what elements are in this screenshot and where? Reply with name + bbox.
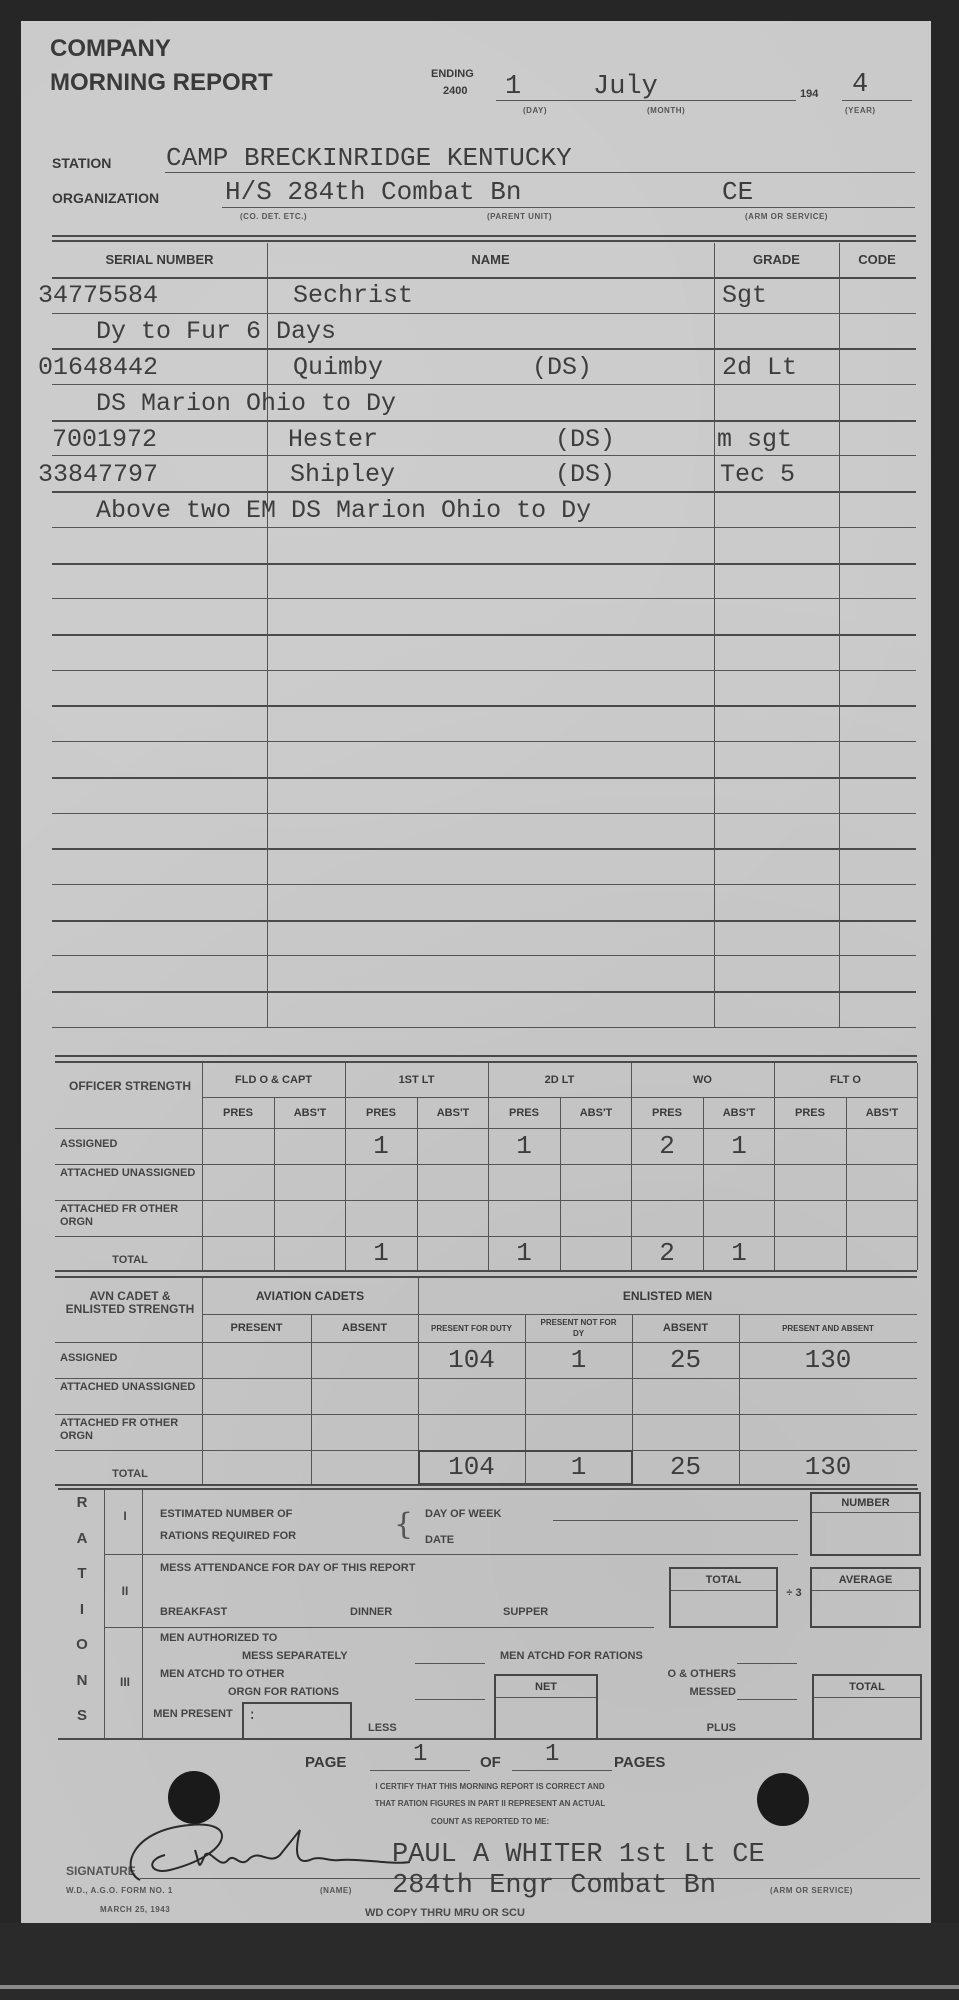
enlisted-sub-header: ABSENT [311,1314,418,1342]
remark-text: Above two EM DS Marion Ohio to Dy [96,496,591,525]
officer-count-cell[interactable] [846,1128,918,1164]
ending-label: ENDING [431,68,474,80]
enlisted-count-cell[interactable] [202,1378,311,1414]
officer-group-header: FLD O & CAPT [202,1063,345,1097]
signer-unit: 284th Engr Combat Bn [392,1871,716,1901]
signer-name: PAUL A WHITER 1st Lt CE [392,1840,765,1870]
enlisted-count-cell[interactable] [311,1342,418,1378]
enlisted-count-cell[interactable]: 104 [418,1342,525,1378]
officer-count-cell[interactable]: 1 [488,1128,560,1164]
serial-number: 33847797 [38,460,158,489]
serial-number: 7001972 [52,425,157,454]
officer-count-cell[interactable] [274,1164,346,1200]
average-label: AVERAGE [810,1569,921,1590]
officer-count-cell[interactable]: 2 [631,1128,703,1164]
day-caption: (DAY) [523,106,547,115]
officer-count-cell[interactable] [345,1164,417,1200]
enlisted-count-cell[interactable] [418,1378,525,1414]
rations-letter: S [60,1709,104,1722]
enlisted-count-cell[interactable] [632,1414,739,1450]
enlisted-count-cell[interactable] [739,1378,917,1414]
men-authorized-label: MEN AUTHORIZED TO [160,1632,277,1645]
rations-letter: N [60,1674,104,1687]
enlisted-count-cell[interactable] [202,1450,311,1484]
officer-row-label: ASSIGNED [60,1138,200,1151]
duty-status: (DS) [555,460,615,489]
men-atchd-other-label: MEN ATCHD TO OTHER [160,1668,284,1681]
enlisted-count-cell[interactable] [311,1378,418,1414]
mess-separately-label: MESS SEPARATELY [242,1650,348,1663]
officer-group-header: WO [631,1063,774,1097]
men-atchd-for-rations-label: MEN ATCHD FOR RATIONS [500,1650,643,1663]
month-caption: (MONTH) [647,106,685,115]
soldier-name: Shipley [290,460,395,489]
net-label: NET [494,1676,598,1697]
officer-count-cell[interactable] [274,1200,346,1236]
divide-by-three: ÷ 3 [780,1578,808,1608]
officer-count-cell[interactable] [631,1164,703,1200]
year-prefix: 194 [800,88,818,100]
aviation-cadets-header: AVIATION CADETS [202,1278,418,1314]
officer-count-cell[interactable] [202,1164,274,1200]
enlisted-count-cell[interactable] [202,1414,311,1450]
soldier-grade: Tec 5 [720,460,795,489]
soldier-grade: m sgt [717,425,792,454]
org-caption-company: (CO. DET. ETC.) [240,212,307,221]
enlisted-row-label: ATTACHED UNASSIGNED [60,1381,200,1394]
men-present-value: : [248,1708,256,1724]
station-label: STATION [52,155,111,171]
col-header-code: CODE [839,243,915,276]
serial-number: 01648442 [38,353,158,382]
officer-count-cell[interactable]: 1 [345,1236,417,1270]
officer-group-header: 2D LT [488,1063,631,1097]
rations-required-label: RATIONS REQUIRED FOR [160,1530,296,1543]
arm-service-value: CE [722,177,753,207]
officer-count-cell[interactable] [560,1128,632,1164]
enlisted-strength-title: AVN CADET & ENLISTED STRENGTH [60,1290,200,1316]
rations-letter: I [60,1603,104,1616]
serial-number: 34775584 [38,281,158,310]
form-number: W.D., A.G.O. FORM NO. 1 [66,1886,173,1895]
officer-strength-title: OFFICER STRENGTH [60,1080,200,1093]
officer-sub-header: PRES [774,1097,846,1128]
orgn-for-rations-label: ORGN FOR RATIONS [228,1686,339,1699]
officer-count-cell[interactable]: 2 [631,1236,703,1270]
date-label: DATE [425,1534,454,1547]
col-header-serial: SERIAL NUMBER [52,243,267,276]
officer-sub-header: ABS'T [846,1097,918,1128]
report-year-digit: 4 [852,70,868,100]
officer-count-cell[interactable] [703,1200,775,1236]
ending-time-label: 2400 [443,85,467,97]
duty-status: (DS) [532,353,592,382]
officer-row-label: ATTACHED FR OTHER ORGN [60,1203,200,1229]
o-others-label: O & OTHERS [626,1668,736,1681]
enlisted-count-cell[interactable] [418,1414,525,1450]
officer-count-cell[interactable] [202,1128,274,1164]
organization-value: H/S 284th Combat Bn [225,177,521,207]
duty-status: (DS) [555,425,615,454]
officer-count-cell[interactable] [417,1164,489,1200]
enlisted-sub-header: PRESENT [202,1314,311,1342]
remark-text: Dy to Fur 6 Days [96,317,336,346]
soldier-name: Quimby [293,353,383,382]
name-caption: (NAME) [320,1886,352,1895]
officer-count-cell[interactable] [345,1200,417,1236]
certify-line1: I CERTIFY THAT THIS MORNING REPORT IS CO… [270,1782,710,1791]
report-month: July [593,72,658,102]
enlisted-count-cell[interactable]: 1 [525,1450,632,1484]
less-label: LESS [368,1722,397,1735]
officer-sub-header: ABS'T [703,1097,775,1128]
soldier-grade: 2d Lt [722,353,797,382]
officer-count-cell[interactable] [774,1128,846,1164]
enlisted-count-cell[interactable]: 1 [525,1342,632,1378]
ration-section-numeral: III [110,1676,140,1689]
officer-count-cell[interactable] [488,1200,560,1236]
officer-count-cell[interactable] [846,1200,918,1236]
page-total: 1 [545,1741,559,1768]
plus-label: PLUS [626,1722,736,1735]
enlisted-count-cell[interactable]: 25 [632,1450,739,1484]
officer-count-cell[interactable] [202,1236,274,1270]
ration-section-numeral: II [110,1585,140,1598]
officer-count-cell[interactable] [560,1164,632,1200]
officer-count-cell[interactable] [274,1128,346,1164]
officer-count-cell[interactable]: 1 [703,1128,775,1164]
messed-label: MESSED [626,1686,736,1699]
officer-row-label: ATTACHED UNASSIGNED [60,1167,200,1180]
officer-sub-header: ABS'T [274,1097,346,1128]
officer-count-cell[interactable] [202,1200,274,1236]
enlisted-count-cell[interactable] [632,1378,739,1414]
page-label: PAGE [305,1754,346,1771]
officer-count-cell[interactable] [774,1236,846,1270]
col-header-name: NAME [267,243,714,276]
org-caption-arm: (ARM OR SERVICE) [745,212,828,221]
officer-sub-header: PRES [631,1097,703,1128]
certify-line2: THAT RATION FIGURES IN PART II REPRESENT… [270,1799,710,1808]
enlisted-count-cell[interactable]: 130 [739,1450,917,1484]
enlisted-sub-header: ABSENT [632,1314,739,1342]
officer-count-cell[interactable] [631,1200,703,1236]
rations-letter: R [60,1496,104,1509]
officer-sub-header: PRES [202,1097,274,1128]
enlisted-sub-header: PRESENT FOR DUTY [418,1314,525,1342]
station-value: CAMP BRECKINRIDGE KENTUCKY [166,143,572,173]
day-of-week-label: DAY OF WEEK [425,1508,501,1521]
org-caption-parent: (PARENT UNIT) [487,212,552,221]
officer-sub-header: ABS'T [560,1097,632,1128]
officer-count-cell[interactable]: 1 [345,1128,417,1164]
officer-count-cell[interactable] [703,1164,775,1200]
enlisted-count-cell[interactable] [739,1414,917,1450]
mess-total-label: TOTAL [669,1569,778,1590]
organization-label: ORGANIZATION [52,190,159,206]
enlisted-sub-header: PRESENT AND ABSENT [739,1314,917,1342]
pages-label: PAGES [614,1754,665,1771]
enlisted-count-cell[interactable]: 25 [632,1342,739,1378]
rations-letter: A [60,1532,104,1545]
rations-letter: T [60,1567,104,1580]
enlisted-count-cell[interactable] [202,1342,311,1378]
brace: { [394,1505,413,1545]
enlisted-count-cell[interactable] [311,1450,418,1484]
officer-count-cell[interactable] [560,1200,632,1236]
page-number: 1 [413,1741,427,1768]
officer-count-cell[interactable] [560,1236,632,1270]
number-label: NUMBER [810,1494,921,1512]
officer-count-cell[interactable]: 1 [703,1236,775,1270]
remark-text: DS Marion Ohio to Dy [96,389,396,418]
officer-sub-header: ABS'T [417,1097,489,1128]
breakfast-label: BREAKFAST [160,1606,227,1619]
mess-attendance-label: MESS ATTENDANCE FOR DAY OF THIS REPORT [160,1562,415,1575]
form-title-line1: COMPANY [50,36,171,62]
ration-section-numeral: I [110,1510,140,1523]
scan-border-stripe [0,1985,959,1989]
form-title-line2: MORNING REPORT [50,70,273,96]
officer-sub-header: PRES [488,1097,560,1128]
men-present-label: MEN PRESENT [150,1708,236,1721]
enlisted-count-cell[interactable] [525,1414,632,1450]
enlisted-count-cell[interactable]: 130 [739,1342,917,1378]
enlisted-row-label: ASSIGNED [60,1352,200,1365]
enlisted-men-header: ENLISTED MEN [418,1278,917,1314]
officer-sub-header: PRES [345,1097,417,1128]
estimated-number-label: ESTIMATED NUMBER OF [160,1508,292,1521]
enlisted-count-cell[interactable] [525,1378,632,1414]
men-present-box[interactable] [242,1702,352,1740]
officer-group-header: 1ST LT [345,1063,488,1097]
year-caption: (YEAR) [845,106,876,115]
officer-count-cell[interactable] [417,1236,489,1270]
arm-caption: (ARM OR SERVICE) [770,1886,853,1895]
rations-letter: O [60,1638,104,1651]
rations-total-label: TOTAL [812,1676,922,1697]
report-day: 1 [505,72,521,102]
of-label: OF [480,1754,501,1771]
officer-count-cell[interactable] [488,1164,560,1200]
soldier-name: Sechrist [293,281,413,310]
officer-count-cell[interactable]: 1 [488,1236,560,1270]
officer-group-header: FLT O [774,1063,917,1097]
officer-count-cell[interactable] [417,1200,489,1236]
copy-note: WD COPY THRU MRU OR SCU [365,1907,525,1919]
officer-count-cell[interactable] [417,1128,489,1164]
enlisted-row-label: ATTACHED FR OTHER ORGN [60,1417,200,1443]
officer-count-cell[interactable] [846,1164,918,1200]
soldier-name: Hester [288,425,378,454]
dinner-label: DINNER [350,1606,392,1619]
enlisted-count-cell[interactable] [311,1414,418,1450]
officer-count-cell[interactable] [774,1164,846,1200]
officer-count-cell[interactable] [846,1236,918,1270]
officer-count-cell[interactable] [774,1200,846,1236]
punch-hole-right [757,1773,809,1826]
supper-label: SUPPER [503,1606,548,1619]
col-header-grade: GRADE [714,243,839,276]
form-date: MARCH 25, 1943 [100,1905,170,1914]
officer-row-label: TOTAL [60,1254,200,1267]
soldier-grade: Sgt [722,281,767,310]
officer-count-cell[interactable] [274,1236,346,1270]
enlisted-sub-header: PRESENT NOT FOR DY [525,1314,632,1342]
enlisted-row-label: TOTAL [60,1468,200,1481]
enlisted-count-cell[interactable]: 104 [418,1450,525,1484]
